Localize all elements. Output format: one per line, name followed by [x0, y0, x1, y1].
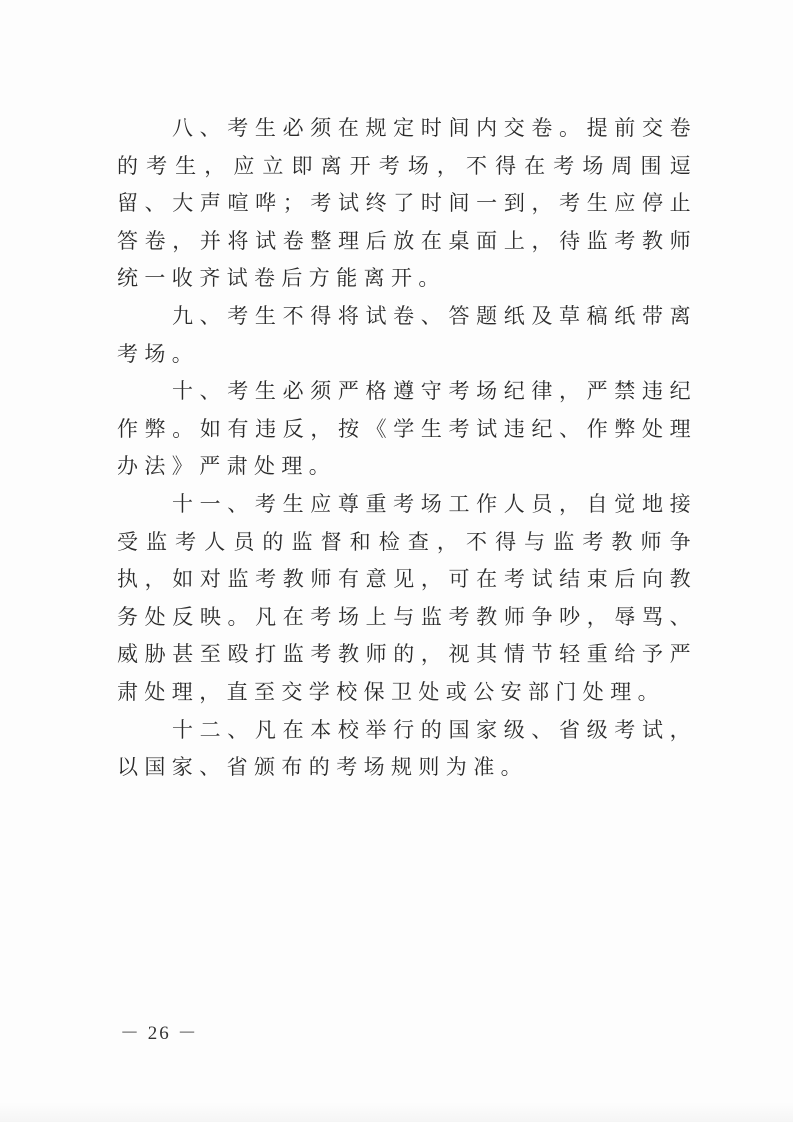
paragraph-rule-8: 八、考生必须在规定时间内交卷。提前交卷的考生，应立即离开考场，不得在考场周围逗留… [117, 110, 697, 298]
document-body: 八、考生必须在规定时间内交卷。提前交卷的考生，应立即离开考场，不得在考场周围逗留… [117, 110, 697, 787]
paragraph-rule-11: 十一、考生应尊重考场工作人员，自觉地接受监考人员的监督和检查，不得与监考教师争执… [117, 486, 697, 712]
paragraph-rule-10: 十、考生必须严格遵守考场纪律，严禁违纪作弊。如有违反，按《学生考试违纪、作弊处理… [117, 373, 697, 486]
paragraph-rule-12: 十二、凡在本校举行的国家级、省级考试，以国家、省颁布的考场规则为准。 [117, 712, 697, 787]
scan-edge-shadow [0, 1102, 793, 1122]
page-number: － 26 － [120, 1018, 199, 1045]
paragraph-rule-9: 九、考生不得将试卷、答题纸及草稿纸带离考场。 [117, 298, 697, 373]
document-page: 八、考生必须在规定时间内交卷。提前交卷的考生，应立即离开考场，不得在考场周围逗留… [0, 0, 793, 1122]
